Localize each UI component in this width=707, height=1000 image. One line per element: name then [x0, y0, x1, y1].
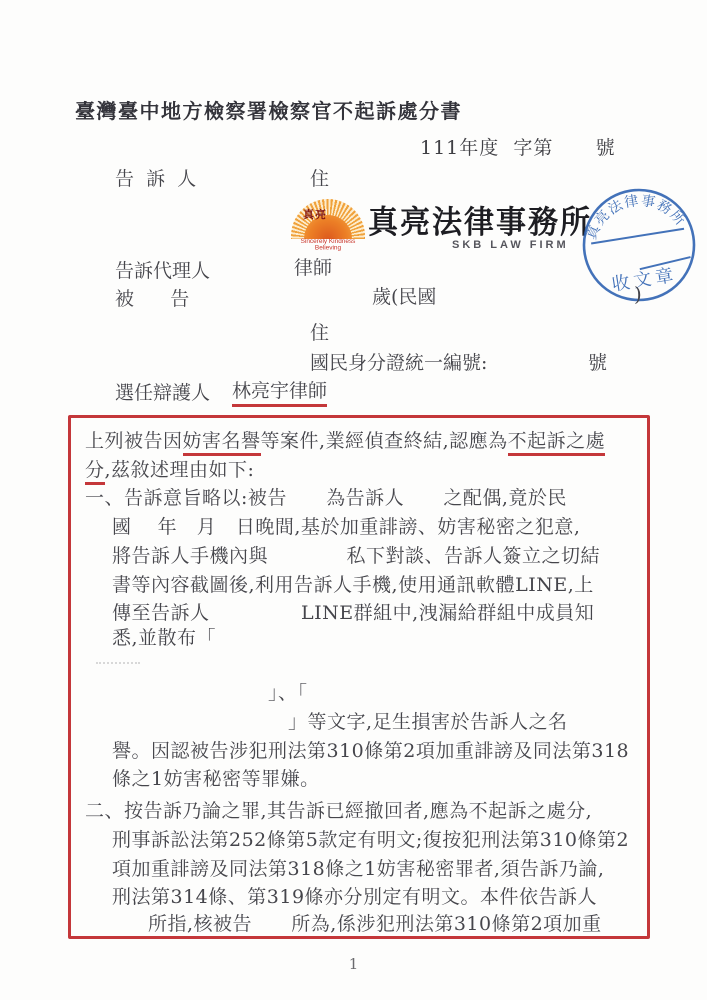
body-line-8: 悉,並散布「 — [112, 623, 216, 650]
law-firm-name-zh: 真亮法律事務所 — [368, 196, 592, 242]
body-line-17: 刑法第314條、第319條亦分別定有明文。本件依告訴人 — [112, 882, 597, 909]
document-title: 臺灣臺中地方檢察署檢察官不起訴處分書 — [75, 95, 462, 124]
defendant-age-close-paren: ) — [634, 282, 642, 306]
body-line-18: 所指,核被告 所為,係涉犯刑法第310條第2項加重 — [148, 909, 602, 936]
case-number: 111年度 字第 號 — [420, 133, 616, 160]
body-line-3: 一、告訴意旨略以:被告 為告訴人 之配偶,竟於民 — [85, 483, 567, 510]
defender-name-underlined: 林亮宇律師 — [232, 380, 327, 407]
body-line-12: 譽。因認被告涉犯刑法第310條第2項加重誹謗及同法第318 — [112, 736, 629, 763]
body-line-15: 刑事訴訟法第252條第5款定有明文;復按犯刑法第310條第2 — [112, 825, 629, 852]
document-page: 臺灣臺中地方檢察署檢察官不起訴處分書 111年度 字第 號 告 訴 人 住 真亮… — [0, 0, 707, 1000]
body-line-13: 條之1妨害秘密等罪嫌。 — [112, 764, 320, 791]
underlined-text-defamation: 妨害名譽 — [183, 430, 261, 456]
body-line-4: 國 年 月 日晚間,基於加重誹謗、妨害秘密之犯意, — [112, 512, 580, 539]
defender-label: 選任辯護人 — [115, 378, 210, 405]
law-firm-logo: 真亮 Sincerely Kindness Believing — [291, 199, 365, 249]
body-line-14: 二、按告訴乃論之罪,其告訴已經撤回者,應為不起訴之處分, — [85, 796, 592, 823]
text-segment: ,茲敘述理由如下: — [105, 459, 255, 481]
text-segment: 上列被告因 — [85, 430, 183, 452]
underlined-text-nonprosecution: 不起訴之處 — [508, 430, 606, 456]
body-line-6: 書等內容截圖後,利用告訴人手機,使用通訊軟體LINE,上 — [112, 570, 594, 597]
faint-redaction-marks — [96, 656, 140, 664]
residence-label-2: 住 — [310, 318, 329, 345]
agent-label: 告訴代理人 — [115, 256, 210, 283]
body-line-2: 分,茲敘述理由如下: — [85, 455, 254, 482]
text-segment: 等案件,業經偵查終結,認應為 — [261, 430, 508, 452]
body-line-1: 上列被告因妨害名譽等案件,業經偵查終結,認應為不起訴之處 — [85, 426, 605, 453]
page-number: 1 — [0, 955, 707, 973]
body-line-7: 傳至告訴人 LINE群組中,洩漏給群組中成員知 — [112, 598, 594, 625]
underlined-text-fen: 分 — [85, 459, 105, 485]
logo-slogan: Sincerely Kindness Believing — [288, 239, 367, 252]
defender-name: 林亮宇律師 — [232, 376, 327, 403]
defendant-age-text: 歲(民國 — [372, 282, 436, 309]
residence-label-1: 住 — [310, 164, 329, 191]
body-line-16: 項加重誹謗及同法第318條之1妨害秘密罪者,須告訴乃論, — [112, 854, 604, 881]
defendant-label: 被 告 — [115, 284, 189, 311]
body-line-10: 」、「 — [268, 678, 308, 705]
agent-value: 律師 — [294, 253, 332, 280]
national-id-suffix: 號 — [588, 348, 607, 375]
logo-center-text: 真亮 — [291, 206, 339, 222]
complainant-label: 告 訴 人 — [115, 164, 196, 191]
national-id-label: 國民身分證統一編號: — [310, 348, 487, 375]
body-line-11: 」等文字,足生損害於告訴人之名 — [288, 707, 568, 734]
body-line-5: 將告訴人手機內與 私下對談、告訴人簽立之切結 — [112, 541, 600, 568]
law-firm-name-en: SKB LAW FIRM — [452, 239, 569, 251]
